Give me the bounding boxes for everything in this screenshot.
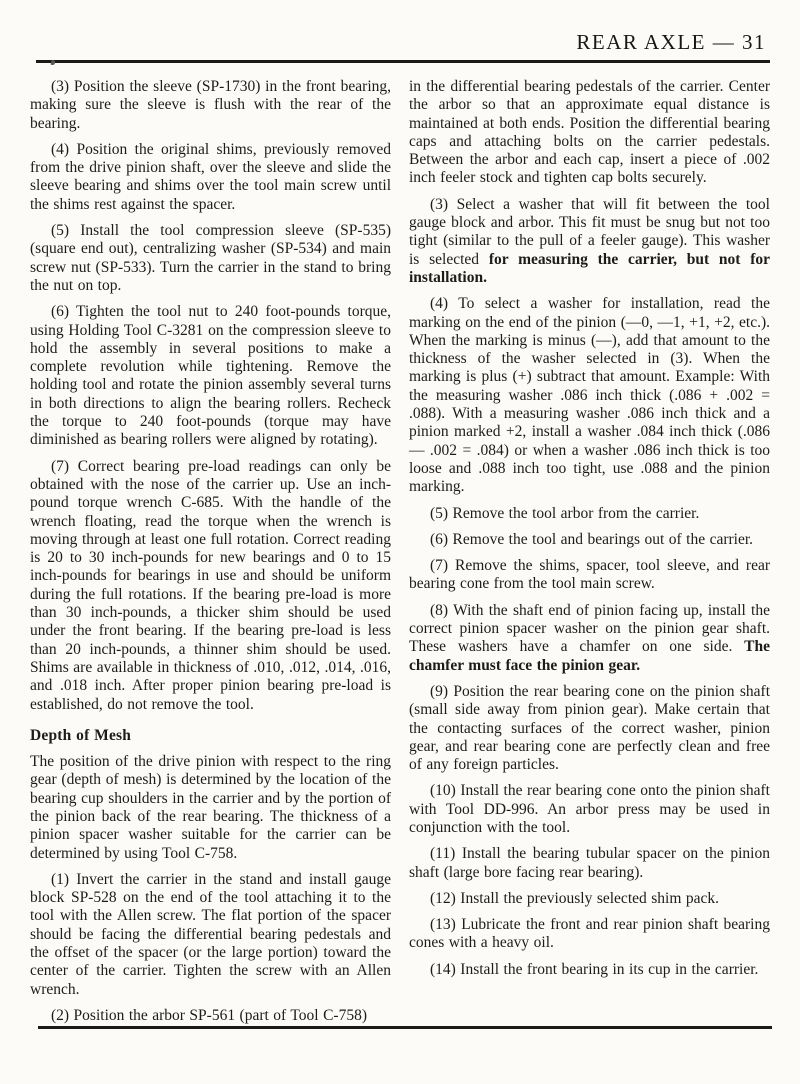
running-head-title: REAR AXLE — 31 xyxy=(576,30,766,54)
numbered-step: (6) Remove the tool and bearings out of … xyxy=(409,531,770,549)
text-run: (13) Lubricate the front and rear pinion… xyxy=(409,916,770,951)
text-run: (4) To select a washer for installation,… xyxy=(409,295,770,495)
text-run: (4) Position the original shims, previou… xyxy=(30,141,391,213)
two-column-body: (3) Position the sleeve (SP-1730) in the… xyxy=(30,78,770,1033)
bold-emphasis: Depth of Mesh xyxy=(30,727,131,744)
numbered-step: (14) Install the front bearing in its cu… xyxy=(409,961,770,979)
numbered-step: (7) Remove the shims, spacer, tool sleev… xyxy=(409,557,770,594)
numbered-step: (11) Install the bearing tubular spacer … xyxy=(409,845,770,882)
text-run: (5) Install the tool compression sleeve … xyxy=(30,222,391,294)
header-rule xyxy=(36,60,770,63)
numbered-step: (4) To select a washer for installation,… xyxy=(409,295,770,496)
text-run: (7) Correct bearing pre-load readings ca… xyxy=(30,458,391,713)
section-heading: Depth of Mesh xyxy=(30,727,391,745)
numbered-step: (10) Install the rear bearing cone onto … xyxy=(409,782,770,837)
page-header: REAR AXLE — 31 xyxy=(30,30,770,55)
text-run: The position of the drive pinion with re… xyxy=(30,753,391,861)
numbered-step: (9) Position the rear bearing cone on th… xyxy=(409,683,770,774)
footer-rule xyxy=(38,1026,772,1029)
text-run: (7) Remove the shims, spacer, tool sleev… xyxy=(409,557,770,592)
numbered-step: (4) Position the original shims, previou… xyxy=(30,141,391,214)
text-run: (5) Remove the tool arbor from the carri… xyxy=(430,505,699,522)
text-run: (14) Install the front bearing in its cu… xyxy=(430,961,758,978)
manual-page: REAR AXLE — 31 (3) Position the sleeve (… xyxy=(0,0,800,1084)
numbered-step: (2) Position the arbor SP-561 (part of T… xyxy=(30,1007,391,1025)
numbered-step: (5) Install the tool compression sleeve … xyxy=(30,222,391,295)
text-run: (3) Position the sleeve (SP-1730) in the… xyxy=(30,78,391,132)
numbered-step: (6) Tighten the tool nut to 240 foot-pou… xyxy=(30,303,391,449)
text-run: (6) Remove the tool and bearings out of … xyxy=(430,531,753,548)
left-column: (3) Position the sleeve (SP-1730) in the… xyxy=(30,78,391,1033)
numbered-step: (5) Remove the tool arbor from the carri… xyxy=(409,505,770,523)
text-run: (1) Invert the carrier in the stand and … xyxy=(30,871,391,998)
text-run: (8) With the shaft end of pinion facing … xyxy=(409,602,770,656)
text-run: (2) Position the arbor SP-561 (part of T… xyxy=(51,1007,367,1024)
numbered-step: (1) Invert the carrier in the stand and … xyxy=(30,871,391,999)
right-column: in the differential bearing pedestals of… xyxy=(409,78,770,1033)
numbered-step: (13) Lubricate the front and rear pinion… xyxy=(409,916,770,953)
paragraph: The position of the drive pinion with re… xyxy=(30,753,391,863)
numbered-step: (8) With the shaft end of pinion facing … xyxy=(409,602,770,675)
text-run: (12) Install the previously selected shi… xyxy=(430,890,719,907)
paragraph: in the differential bearing pedestals of… xyxy=(409,78,770,188)
numbered-step: (7) Correct bearing pre-load readings ca… xyxy=(30,458,391,714)
text-run: (11) Install the bearing tubular spacer … xyxy=(409,845,770,880)
numbered-step: (12) Install the previously selected shi… xyxy=(409,890,770,908)
text-run: (6) Tighten the tool nut to 240 foot-pou… xyxy=(30,303,391,448)
numbered-step: (3) Position the sleeve (SP-1730) in the… xyxy=(30,78,391,133)
numbered-step: (3) Select a washer that will fit betwee… xyxy=(409,196,770,287)
text-run: (9) Position the rear bearing cone on th… xyxy=(409,683,770,773)
text-run: in the differential bearing pedestals of… xyxy=(409,78,770,186)
scan-speck xyxy=(51,60,56,66)
text-run: (10) Install the rear bearing cone onto … xyxy=(409,782,770,836)
